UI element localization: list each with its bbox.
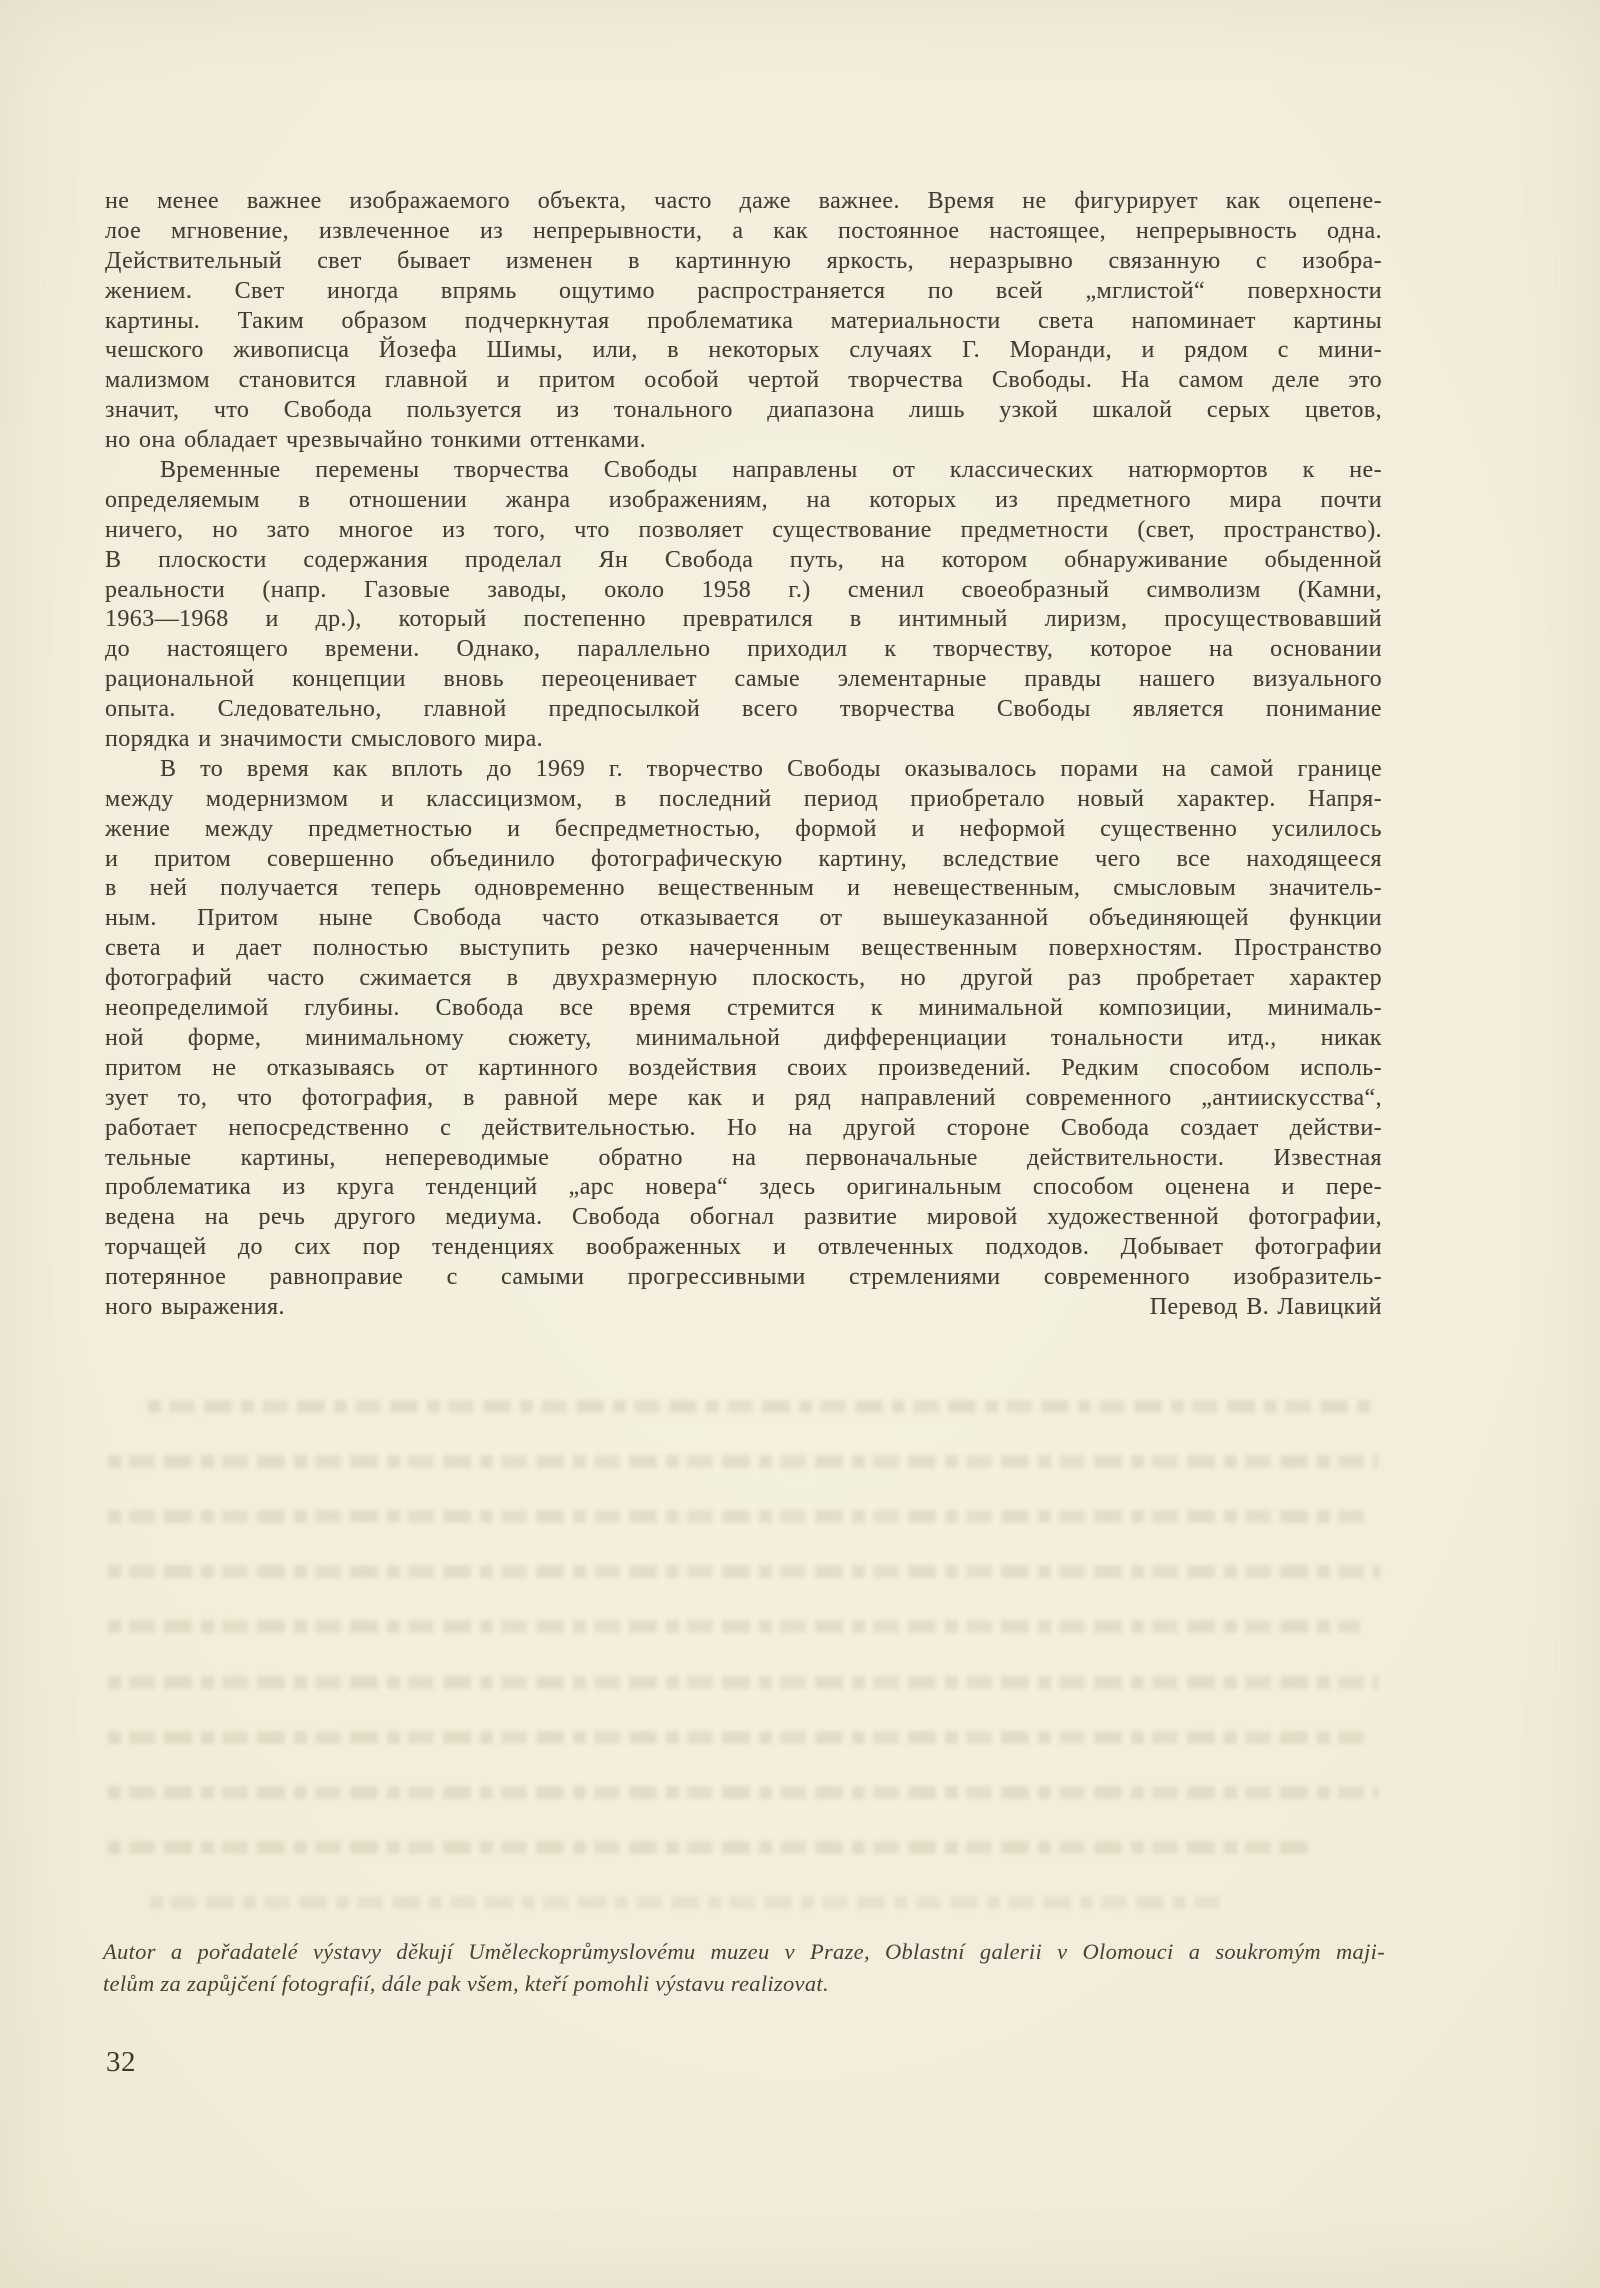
text-line: не менее важнее изображаемого объекта, ч… [105,187,1382,217]
paragraph-end-text: ного выражения. [105,1293,285,1323]
text-line: реальности (напр. Газовые заводы, около … [105,576,1382,606]
text-line: фотографий часто сжимается в двухразмерн… [105,964,1382,994]
text-line: ведена на речь другого медиума. Свобода … [105,1203,1382,1233]
text-line: определяемым в отношении жанра изображен… [105,486,1382,516]
text-line: неопределимой глубины. Свобода все время… [105,994,1382,1024]
text-line: ным. Притом ныне Свобода часто отказывае… [105,904,1382,934]
text-line: между модернизмом и классицизмом, в посл… [105,785,1382,815]
text-line: картины. Таким образом подчеркнутая проб… [105,307,1382,337]
ghost-text-line [108,1841,1313,1854]
text-line: Действительный свет бывает изменен в кар… [105,247,1382,277]
text-line: притом не отказываясь от картинного возд… [105,1054,1382,1084]
text-line: проблематика из круга тенденций „арс нов… [105,1173,1382,1203]
article-text: не менее важнее изображаемого объекта, ч… [105,187,1382,1323]
text-line: жение между предметностью и беспредметно… [105,815,1382,845]
text-line: чешского живописца Йозефа Шимы, или, в н… [105,336,1382,366]
text-line: рациональной концепции вновь переоценива… [105,665,1382,695]
text-line: значит, что Свобода пользуется из тональ… [105,396,1382,426]
text-line-with-translator-credit: ного выражения.Перевод В. Лавицкий [105,1293,1382,1323]
ghost-text-line [108,1620,1360,1633]
text-line: жением. Свет иногда впрямь ощутимо распр… [105,277,1382,307]
text-line: торчащей до сих пор тенденциях воображен… [105,1233,1382,1263]
text-line: В плоскости содержания проделал Ян Свобо… [105,546,1382,576]
translator-credit: Перевод В. Лавицкий [1150,1293,1382,1323]
text-line: до настоящего времени. Однако, параллель… [105,635,1382,665]
text-line: тельные картины, непереводимые обратно н… [105,1144,1382,1174]
text-line: порядка и значимости смыслового мира. [105,725,1382,755]
ghost-text-line [150,1896,1230,1909]
text-line: мализмом становится главной и притом осо… [105,366,1382,396]
scanned-book-page: не менее важнее изображаемого объекта, ч… [0,0,1600,2288]
ghost-text-line [108,1731,1372,1744]
text-line: в ней получается теперь одновременно вещ… [105,874,1382,904]
ghost-text-line [108,1455,1378,1468]
acknowledgement-line: Autor a pořadatelé výstavy děkují Umělec… [103,1936,1385,1968]
ghost-text-line [108,1565,1380,1578]
acknowledgement-note: Autor a pořadatelé výstavy děkují Umělec… [103,1936,1385,2000]
text-line: зует то, что фотография, в равной мере к… [105,1084,1382,1114]
acknowledgement-line: telům za zapůjčení fotografií, dále pak … [103,1968,1385,2000]
text-line: и притом совершенно объединило фотографи… [105,845,1382,875]
text-line: но она обладает чрезвычайно тонкими отте… [105,426,1382,456]
text-line: В то время как вплоть до 1969 г. творчес… [105,755,1382,785]
text-line: света и дает полностью выступить резко н… [105,934,1382,964]
text-line: лое мгновение, извлеченное из непрерывно… [105,217,1382,247]
text-line: работает непосредственно с действительно… [105,1114,1382,1144]
text-line: 1963—1968 и др.), который постепенно пре… [105,605,1382,635]
text-line: потерянное равноправие с самыми прогресс… [105,1263,1382,1293]
ghost-text-line [108,1510,1370,1523]
ghost-text-line [108,1786,1378,1799]
text-line: ной форме, минимальному сюжету, минималь… [105,1024,1382,1054]
ghost-text-line [148,1400,1373,1413]
text-line: Временные перемены творчества Свободы на… [105,456,1382,486]
text-line: ничего, но зато многое из того, что позв… [105,516,1382,546]
text-line: опыта. Следовательно, главной предпосылк… [105,695,1382,725]
ghost-text-line [108,1676,1378,1689]
page-number: 32 [106,2046,136,2078]
